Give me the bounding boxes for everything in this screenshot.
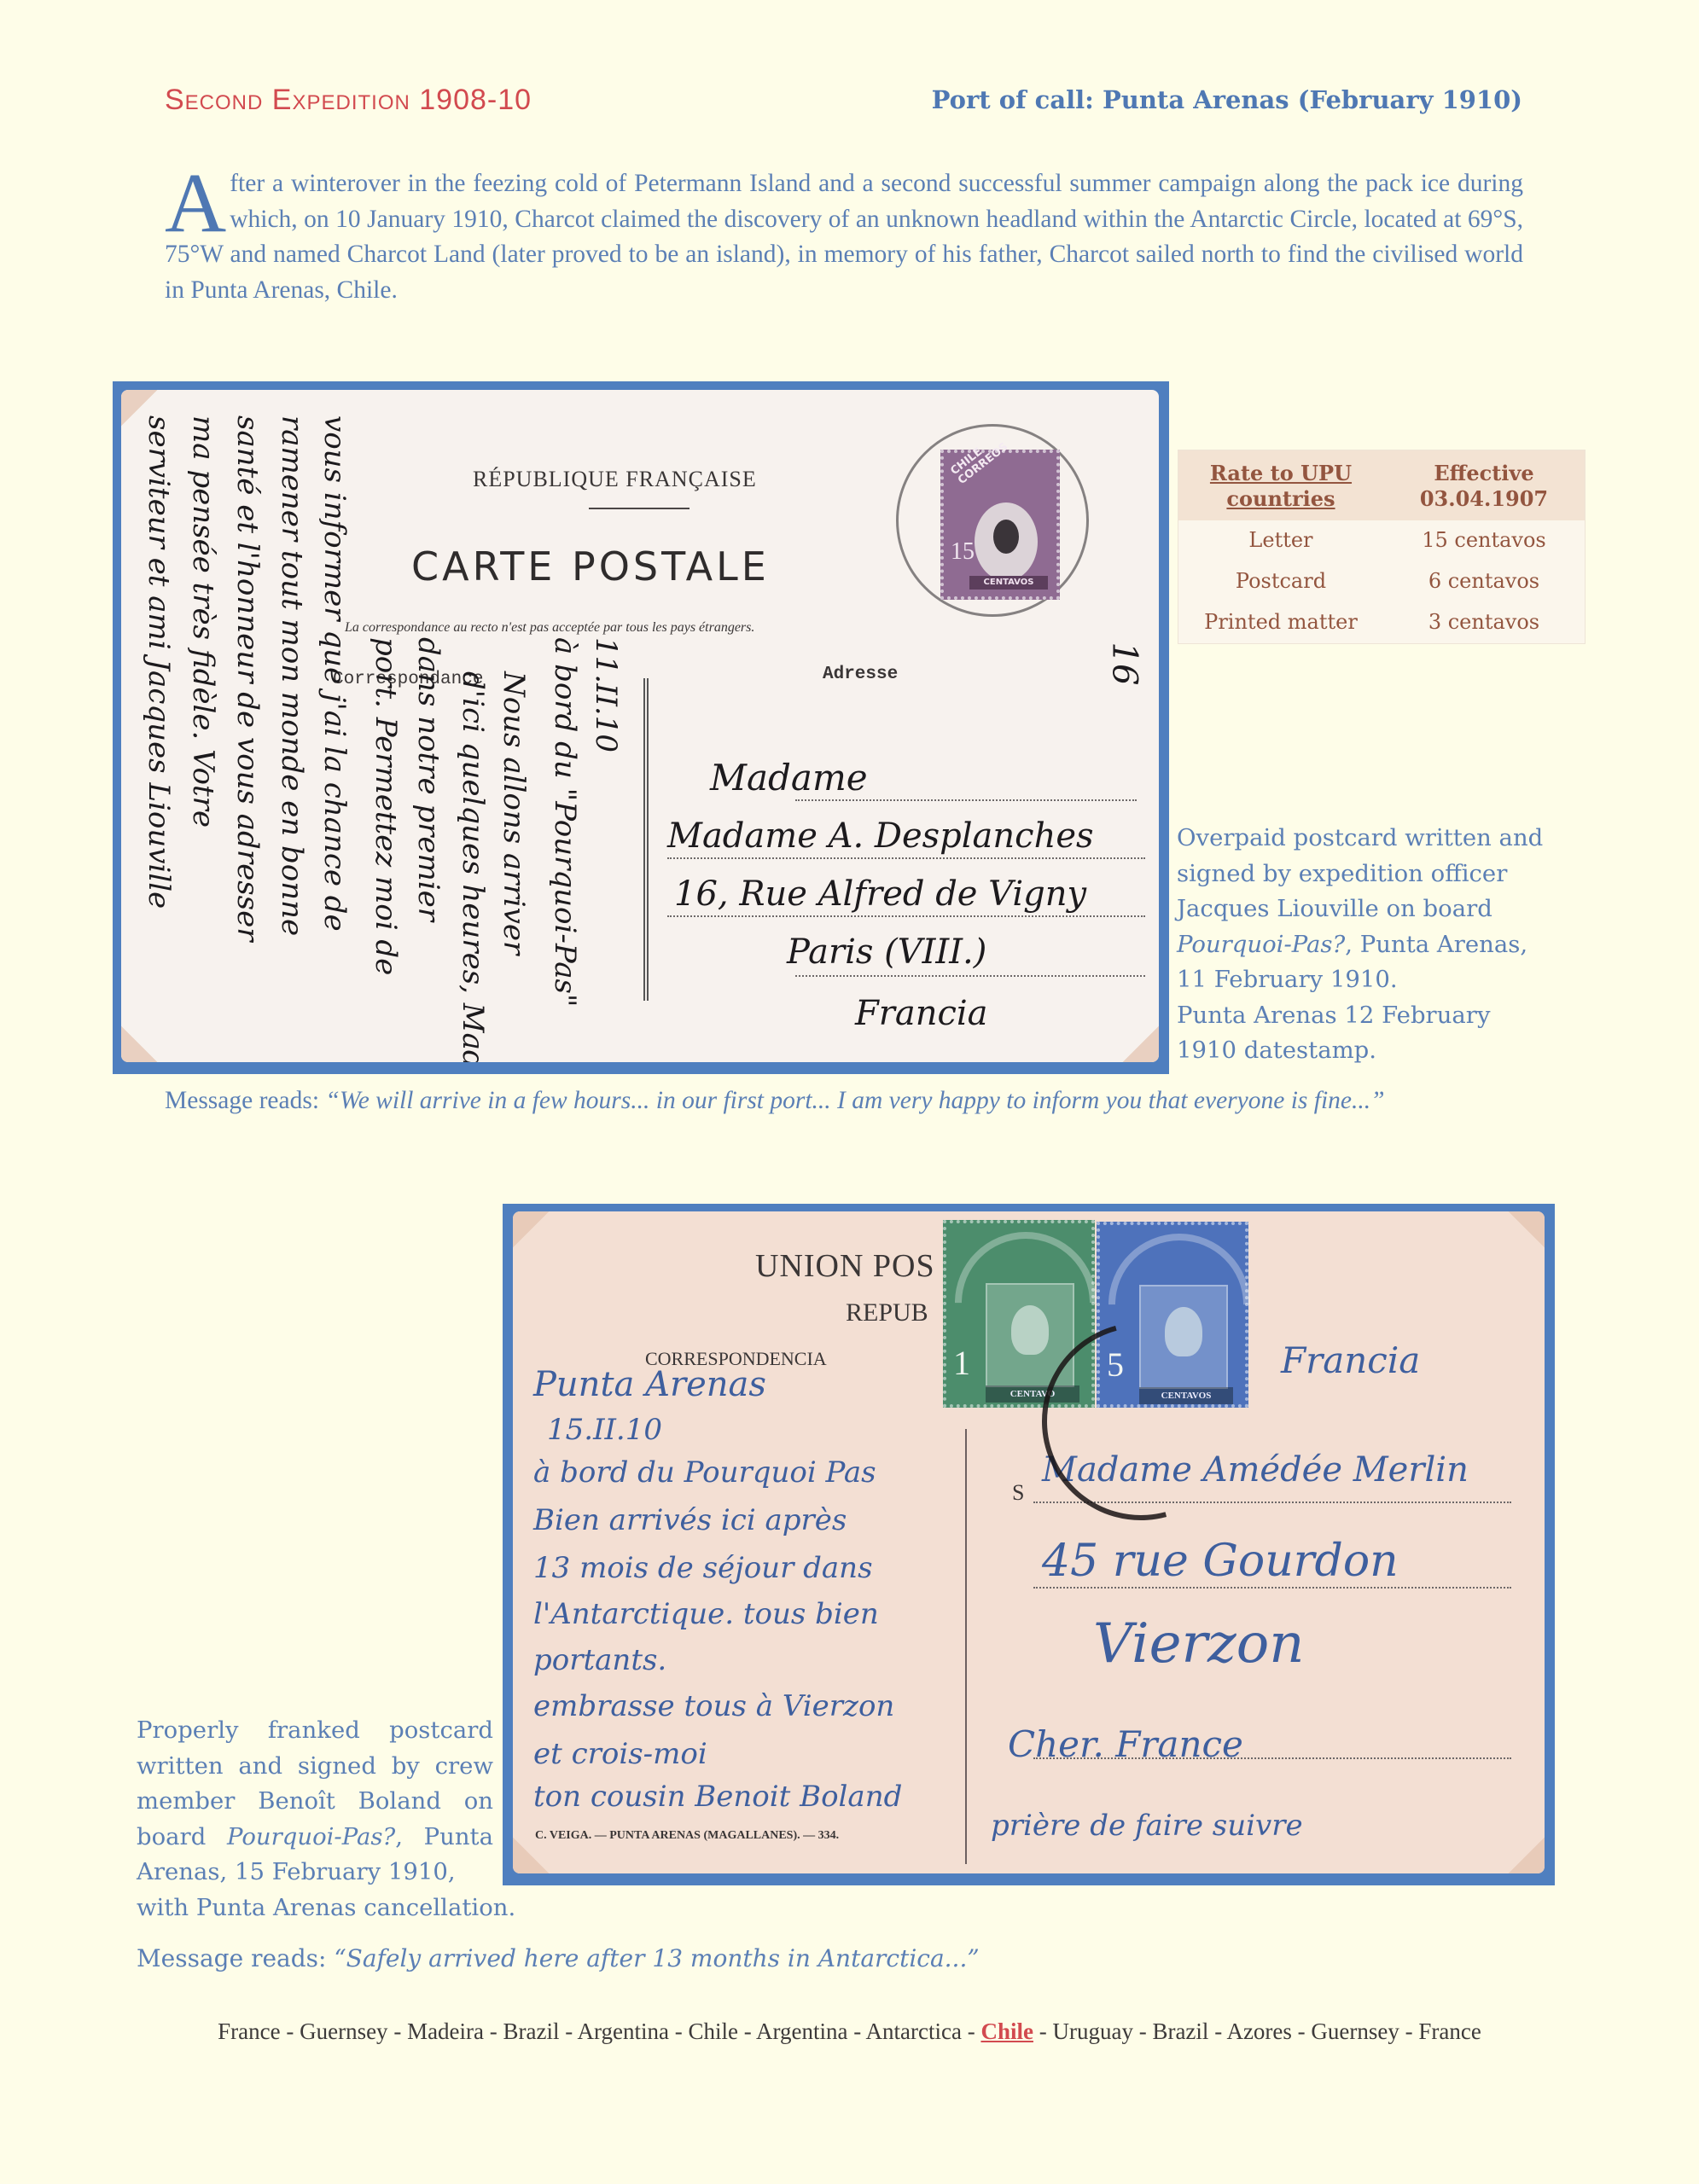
photo-corner xyxy=(1509,1838,1545,1873)
republica-text: REPUB xyxy=(846,1298,928,1327)
address-line xyxy=(1033,1587,1511,1589)
stamp-value: 1 xyxy=(953,1343,970,1383)
title-rule xyxy=(589,508,689,509)
message-line: dans notre premier xyxy=(411,637,445,921)
address-line-2: Madame A. Desplanches xyxy=(667,816,1094,856)
rate-type: Printed matter xyxy=(1178,602,1383,643)
message-line: d'ici quelques heures, Madame xyxy=(456,671,490,1062)
drop-cap: A xyxy=(165,170,226,236)
address-line-3: 45 rue Gourdon xyxy=(1042,1536,1399,1587)
message-line: vous informer que j'ai la chance de xyxy=(317,415,352,932)
photo-corner xyxy=(1509,1211,1545,1247)
postcard-1: RÉPUBLIQUE FRANÇAISE CARTE POSTALE La co… xyxy=(121,390,1159,1062)
publisher-imprint: C. VEIGA. — PUNTA ARENAS (MAGALLANES). —… xyxy=(535,1829,839,1843)
rate-header-type: Rate to UPU countries xyxy=(1178,450,1383,520)
message-line: ramener tout mon monde en bonne xyxy=(275,415,309,936)
message-line: serviteur et ami Jacques Liouville xyxy=(142,415,176,909)
address-line xyxy=(795,799,1137,801)
address-line-1: Francia xyxy=(1281,1339,1420,1381)
section-title: Second Expedition 1908-10 xyxy=(165,84,532,117)
route-stop: Brazil xyxy=(1152,2018,1208,2044)
message-line: Bien arrivés ici après xyxy=(533,1503,847,1537)
route-stop: Azores xyxy=(1226,2018,1291,2044)
expedition-route: France - Guernsey - Madeira - Brazil - A… xyxy=(0,2018,1699,2045)
route-stop: Argentina xyxy=(756,2018,847,2044)
address-line-5: Cher. France xyxy=(1008,1723,1243,1765)
rate-value: 15 centavos xyxy=(1383,520,1585,561)
columbus-portrait xyxy=(975,502,1038,581)
message-line: Nous allons arriver xyxy=(497,671,531,955)
message-line: à bord du "Pourquoi-Pas" xyxy=(548,637,582,1008)
chile-15-centavos-stamp: CHILECORREOS 15 CENTAVOS xyxy=(940,450,1060,600)
postcard-2-frame: UNION POS REPUB CORRESPONDENCIA S C. VEI… xyxy=(503,1204,1555,1885)
route-stop: Antarctica xyxy=(866,2018,962,2044)
photo-corner xyxy=(1123,1026,1159,1062)
address-line-1: Madame xyxy=(710,757,868,799)
table-row: Postcard 6 centavos xyxy=(1178,561,1585,602)
route-stop: Brazil xyxy=(503,2018,560,2044)
ship-name: Pourquoi-Pas? xyxy=(227,1823,395,1850)
carte-postale-title: CARTE POSTALE xyxy=(411,543,770,590)
message-line: 11.II.10 xyxy=(589,637,623,752)
address-line-5: Francia xyxy=(855,994,988,1033)
postcard-1-caption: Overpaid postcard written and signed by … xyxy=(1177,821,1578,1069)
postcard-1-message-translation: Message reads: “We will arrive in a few … xyxy=(165,1083,1530,1118)
postcard-1-frame: RÉPUBLIQUE FRANÇAISE CARTE POSTALE La co… xyxy=(113,381,1169,1074)
route-stop: Guernsey xyxy=(300,2018,387,2044)
route-stop: Chile xyxy=(689,2018,739,2044)
message-line: et crois-moi xyxy=(533,1737,707,1771)
route-stop: France xyxy=(218,2018,280,2044)
table-row: Letter 15 centavos xyxy=(1178,520,1585,561)
message-line: portants. xyxy=(533,1643,666,1677)
stamp-value: 15 xyxy=(951,538,975,566)
message-line: 15.II.10 xyxy=(547,1413,662,1447)
route-stop: Madeira xyxy=(407,2018,484,2044)
port-of-call-heading: Port of call: Punta Arenas (February 191… xyxy=(891,85,1522,114)
address-line xyxy=(667,857,1145,859)
rate-value: 3 centavos xyxy=(1383,602,1585,643)
intro-text: fter a winterover in the feezing cold of… xyxy=(165,170,1523,304)
message-line: à bord du Pourquoi Pas xyxy=(533,1455,876,1490)
message-line: embrasse tous à Vierzon xyxy=(533,1689,894,1723)
card-divider xyxy=(643,678,649,1001)
address-line xyxy=(795,975,1145,977)
message-line: Punta Arenas xyxy=(533,1365,766,1404)
message-line: 13 mois de séjour dans xyxy=(533,1551,873,1585)
correspondence-note: La correspondance au recto n'est pas acc… xyxy=(345,620,754,636)
rate-header-effective: Effective 03.04.1907 xyxy=(1383,450,1585,520)
postcard-2-caption: Properly franked postcard written and si… xyxy=(137,1713,493,1926)
address-line-4: Vierzon xyxy=(1093,1612,1305,1676)
intro-paragraph: A fter a winterover in the feezing cold … xyxy=(165,166,1523,308)
table-row: Printed matter 3 centavos xyxy=(1178,602,1585,643)
union-postal-text: UNION POS xyxy=(755,1247,935,1285)
rate-type: Letter xyxy=(1178,520,1383,561)
route-stop: Guernsey xyxy=(1311,2018,1399,2044)
address-line-6: prière de faire suivre xyxy=(991,1809,1303,1843)
message-line: l'Antarctique. tous bien xyxy=(533,1597,879,1631)
message-line: ton cousin Benoit Boland xyxy=(533,1780,902,1814)
republique-francaise-text: RÉPUBLIQUE FRANÇAISE xyxy=(473,467,757,492)
postcard-2: UNION POS REPUB CORRESPONDENCIA S C. VEI… xyxy=(513,1211,1545,1873)
rate-value: 6 centavos xyxy=(1383,561,1585,602)
rate-type: Postcard xyxy=(1178,561,1383,602)
address-line xyxy=(667,915,1145,917)
adresse-label: Adresse xyxy=(823,665,898,684)
card-divider xyxy=(965,1429,967,1864)
route-stop: Uruguay xyxy=(1052,2018,1132,2044)
route-stop: Argentina xyxy=(578,2018,669,2044)
senor-marker: S xyxy=(1012,1480,1024,1506)
photo-corner xyxy=(121,1026,157,1062)
postcard-2-message-translation: Message reads: “Safely arrived here afte… xyxy=(137,1942,1331,1976)
route-stop-current: Chile xyxy=(980,2018,1033,2044)
address-line-3: 16, Rue Alfred de Vigny xyxy=(674,874,1086,914)
message-line: port. Permettez moi de xyxy=(369,637,403,975)
ship-name: Pourquoi-Pas? xyxy=(1177,931,1345,958)
photo-corner xyxy=(513,1211,549,1247)
pencil-note: 16 xyxy=(1104,642,1143,686)
message-line: ma pensée très fidèle. Votre xyxy=(186,415,220,828)
upu-rate-table: Rate to UPU countries Effective 03.04.19… xyxy=(1178,450,1585,643)
address-line-4: Paris (VIII.) xyxy=(787,932,986,972)
message-line: santé et l'honneur de vous adresser xyxy=(230,415,265,941)
route-stop: France xyxy=(1418,2018,1481,2044)
stamp-denomination: CENTAVOS xyxy=(969,576,1048,590)
